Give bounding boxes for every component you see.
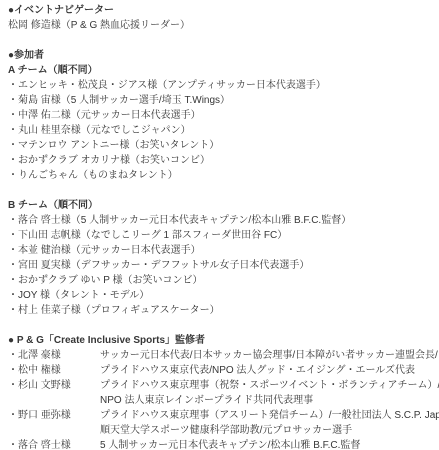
supervisor-desc: プライドハウス東京理事（アスリート発信チーム）/一般社団法人 S.C.P. Ja… — [100, 408, 439, 438]
team-b-title: B チーム（順不同） — [8, 198, 439, 213]
supervisor-name: ・落合 啓士様 — [8, 438, 100, 450]
heading-participants: ●参加者 — [8, 48, 439, 63]
supervisor-desc-line: 順天堂大学スポーツ健康科学部助教/元プロサッカー選手 — [100, 423, 439, 438]
section-supervisors: ● P & G「Create Inclusive Sports」監修者 ・北澤 … — [8, 333, 439, 450]
supervisor-name: ・杉山 文野様 — [8, 378, 100, 393]
team-a-title: A チーム（順不同） — [8, 63, 439, 78]
supervisor-desc-line: プライドハウス東京代表/NPO 法人グッド・エイジング・エールズ代表 — [100, 363, 439, 378]
navigator-name: 松岡 修造様（P & G 熱血応援リーダー） — [8, 18, 439, 33]
supervisor-desc: プライドハウス東京代表/NPO 法人グッド・エイジング・エールズ代表 — [100, 363, 439, 378]
supervisor-row: ・杉山 文野様 プライドハウス東京理事（祝祭・スポーツイベント・ボランティアチー… — [8, 378, 439, 408]
heading-event-navigator: ●イベントナビゲーター — [8, 3, 439, 18]
press-release-body: ●イベントナビゲーター 松岡 修造様（P & G 熱血応援リーダー） ●参加者 … — [0, 0, 439, 450]
team-b-block: B チーム（順不同） ・落合 啓士様（5 人制サッカー元日本代表キャプテン/松本… — [8, 198, 439, 318]
participant-item: ・りんごちゃん（ものまねタレント） — [8, 168, 439, 183]
supervisor-desc-line: NPO 法人東京レインボープライド共同代表理事 — [100, 393, 439, 408]
section-event-navigator: ●イベントナビゲーター 松岡 修造様（P & G 熱血応援リーダー） — [8, 3, 439, 33]
supervisor-row: ・落合 啓士様 5 人制サッカー元日本代表キャプテン/松本山雅 B.F.C.監督 — [8, 438, 439, 450]
supervisor-desc: 5 人制サッカー元日本代表キャプテン/松本山雅 B.F.C.監督 — [100, 438, 439, 450]
participant-item: ・村上 佳菜子様（プロフィギュアスケーター） — [8, 303, 439, 318]
supervisor-name: ・野口 亜弥様 — [8, 408, 100, 423]
participant-item: ・宮田 夏実様（デフサッカー・デフフットサル女子日本代表選手） — [8, 258, 439, 273]
participant-item: ・菊島 宙様（5 人制サッカー選手/埼玉 T.Wings） — [8, 93, 439, 108]
participant-item: ・おかずクラブ オカリナ様（お笑いコンビ） — [8, 153, 439, 168]
supervisor-row: ・野口 亜弥様 プライドハウス東京理事（アスリート発信チーム）/一般社団法人 S… — [8, 408, 439, 438]
participant-item: ・丸山 桂里奈様（元なでしこジャパン） — [8, 123, 439, 138]
supervisor-row: ・松中 権様 プライドハウス東京代表/NPO 法人グッド・エイジング・エールズ代… — [8, 363, 439, 378]
heading-supervisors: ● P & G「Create Inclusive Sports」監修者 — [8, 333, 439, 348]
supervisor-name: ・松中 権様 — [8, 363, 100, 378]
participant-item: ・エンヒッキ・松茂良・ジアス様（アンプティサッカー日本代表選手） — [8, 78, 439, 93]
supervisor-desc-line: プライドハウス東京理事（アスリート発信チーム）/一般社団法人 S.C.P. Ja… — [100, 408, 439, 423]
supervisor-row: ・北澤 豪様 サッカー元日本代表/日本サッカー協会理事/日本障がい者サッカー連盟… — [8, 348, 439, 363]
supervisor-desc: プライドハウス東京理事（祝祭・スポーツイベント・ボランティアチーム）/フェンシン… — [100, 378, 439, 408]
supervisor-name: ・北澤 豪様 — [8, 348, 100, 363]
participant-item: ・中澤 佑二様（元サッカー日本代表選手） — [8, 108, 439, 123]
participant-item: ・下山田 志帆様（なでしこリーグ 1 部スフィーダ世田谷 FC） — [8, 228, 439, 243]
section-participants: ●参加者 A チーム（順不同） ・エンヒッキ・松茂良・ジアス様（アンプティサッカ… — [8, 48, 439, 318]
participant-item: ・落合 啓士様（5 人制サッカー元日本代表キャプテン/松本山雅 B.F.C.監督… — [8, 213, 439, 228]
participant-item: ・マテンロウ アントニー様（お笑いタレント） — [8, 138, 439, 153]
supervisor-desc-line: サッカー元日本代表/日本サッカー協会理事/日本障がい者サッカー連盟会長/日本女子… — [100, 348, 439, 363]
participant-item: ・本並 健治様（元サッカー日本代表選手） — [8, 243, 439, 258]
participant-item: ・おかずクラブ ゆい P 様（お笑いコンビ） — [8, 273, 439, 288]
participant-item: ・JOY 様（タレント・モデル） — [8, 288, 439, 303]
supervisor-desc-line: 5 人制サッカー元日本代表キャプテン/松本山雅 B.F.C.監督 — [100, 438, 439, 450]
team-a-block: A チーム（順不同） ・エンヒッキ・松茂良・ジアス様（アンプティサッカー日本代表… — [8, 63, 439, 183]
supervisor-desc: サッカー元日本代表/日本サッカー協会理事/日本障がい者サッカー連盟会長/日本女子… — [100, 348, 439, 363]
supervisor-desc-line: プライドハウス東京理事（祝祭・スポーツイベント・ボランティアチーム）/フェンシン… — [100, 378, 439, 393]
